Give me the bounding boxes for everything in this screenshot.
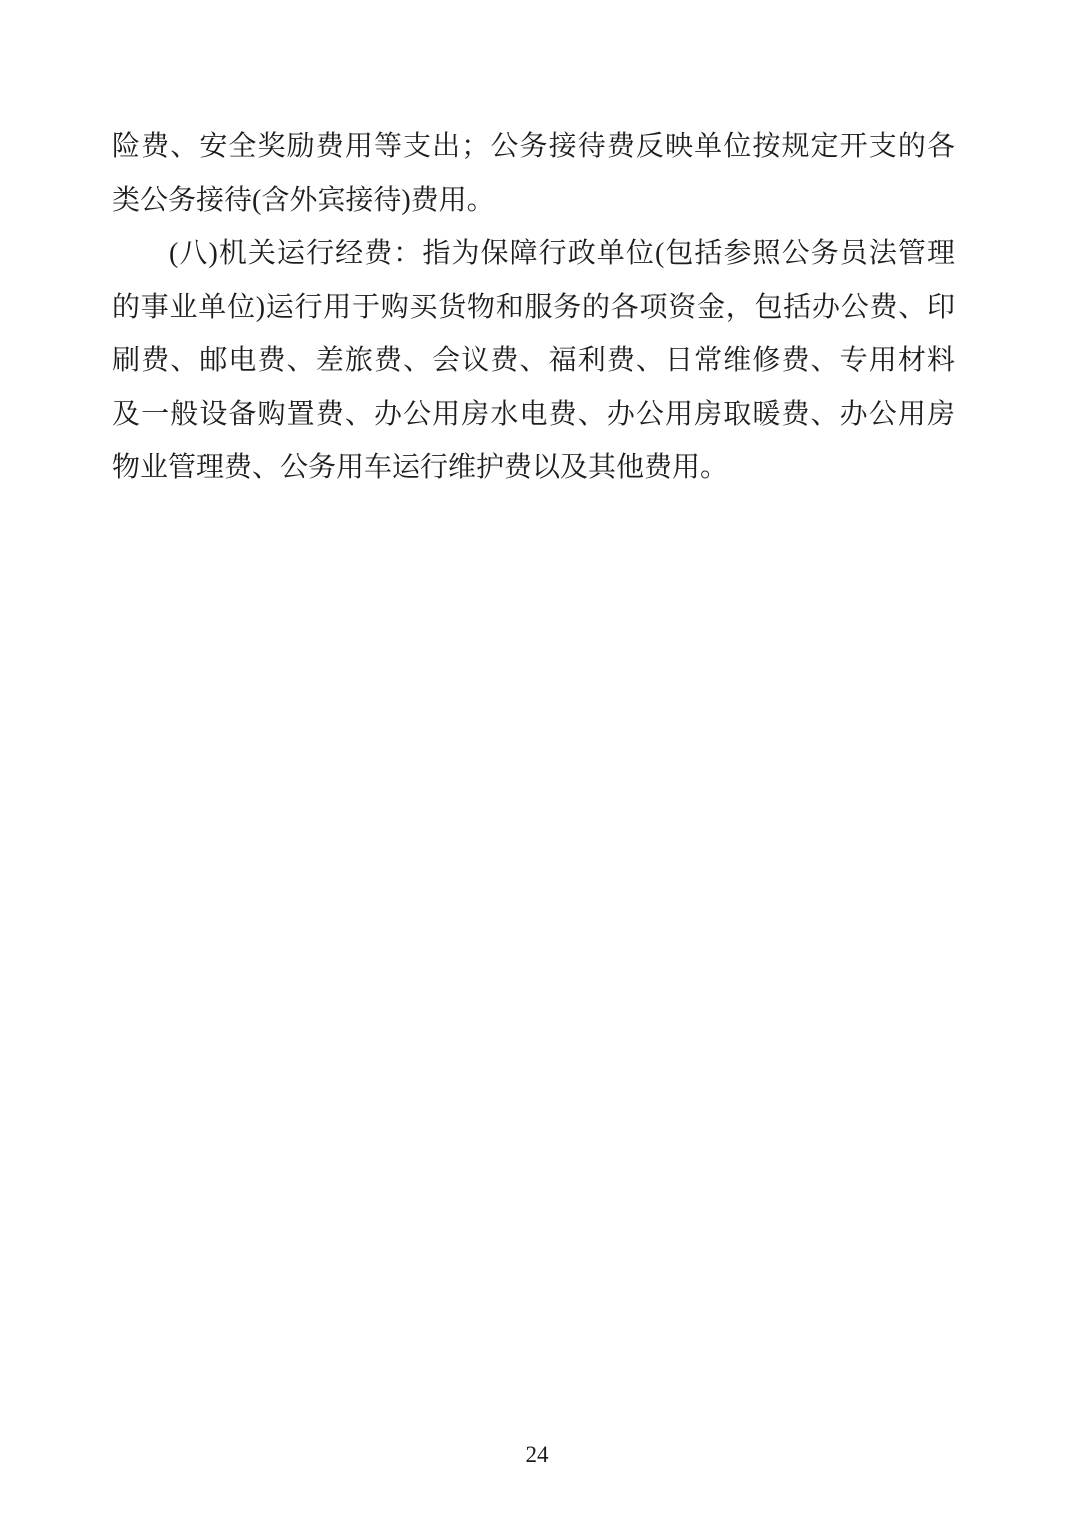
text-line-2: 类公务接待(含外宾接待)费用。 <box>112 174 955 228</box>
text-line-5: 刷费、邮电费、差旅费、会议费、福利费、日常维修费、专用材料 <box>112 334 955 388</box>
text-line-6: 及一般设备购置费、办公用房水电费、办公用房取暖费、办公用房 <box>112 388 955 442</box>
text-line-3: (八)机关运行经费：指为保障行政单位(包括参照公务员法管理 <box>112 227 955 281</box>
page-number: 24 <box>0 1442 1074 1468</box>
document-page: 险费、安全奖励费用等支出；公务接待费反映单位按规定开支的各 类公务接待(含外宾接… <box>0 0 1074 1520</box>
body-text: 险费、安全奖励费用等支出；公务接待费反映单位按规定开支的各 类公务接待(含外宾接… <box>112 120 955 495</box>
text-line-4: 的事业单位)运行用于购买货物和服务的各项资金，包括办公费、印 <box>112 281 955 335</box>
text-line-7: 物业管理费、公务用车运行维护费以及其他费用。 <box>112 441 955 495</box>
text-line-1: 险费、安全奖励费用等支出；公务接待费反映单位按规定开支的各 <box>112 120 955 174</box>
